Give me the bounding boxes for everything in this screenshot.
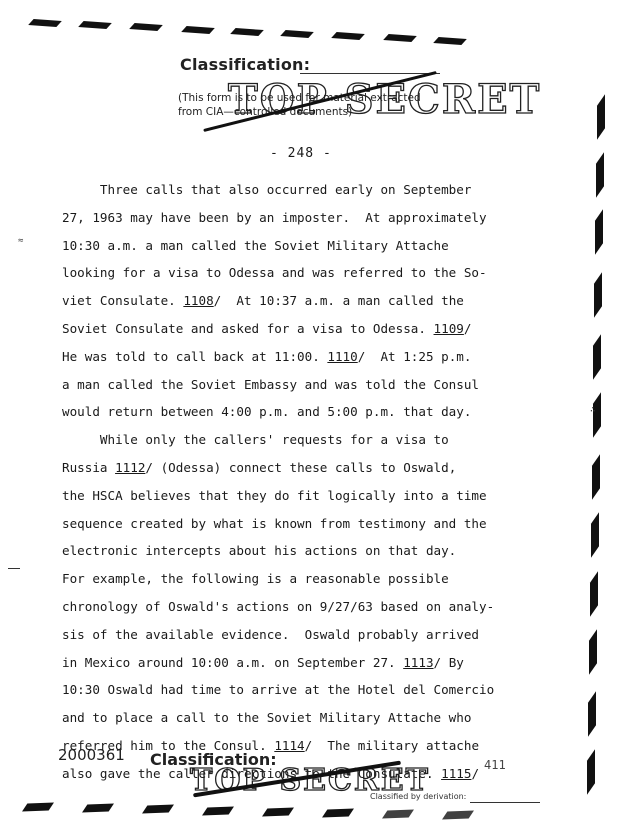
border-stripe bbox=[28, 19, 62, 27]
text-line: a man called the Soviet Embassy and was … bbox=[62, 371, 522, 399]
header-classification-line bbox=[300, 73, 440, 74]
border-stripe bbox=[593, 334, 601, 379]
border-stripe bbox=[78, 21, 112, 29]
footnote-ref: 1109 bbox=[434, 321, 464, 336]
text-segment: 10:30 Oswald had time to arrive at the H… bbox=[62, 682, 494, 697]
text-line: While only the callers' requests for a v… bbox=[62, 426, 522, 454]
border-stripe bbox=[590, 571, 598, 616]
text-segment: For example, the following is a reasonab… bbox=[62, 571, 449, 586]
border-stripe bbox=[230, 28, 264, 36]
text-segment: and to place a call to the Soviet Milita… bbox=[62, 710, 471, 725]
margin-mark: ≈ bbox=[18, 236, 23, 246]
text-line: referred him to the Consul. 1114/ The mi… bbox=[62, 732, 522, 760]
text-segment: chronology of Oswald's actions on 9/27/6… bbox=[62, 599, 494, 614]
page-number: - 248 - bbox=[270, 146, 332, 161]
footnote-ref: 1114 bbox=[274, 738, 304, 753]
border-stripe bbox=[322, 809, 354, 818]
footnote-ref: 1113 bbox=[403, 655, 433, 670]
text-line: looking for a visa to Odessa and was ref… bbox=[62, 259, 522, 287]
text-line: sis of the available evidence. Oswald pr… bbox=[62, 621, 522, 649]
classified-by-derivation-line bbox=[470, 802, 540, 803]
text-segment: electronic intercepts about his actions … bbox=[62, 543, 456, 558]
border-stripe bbox=[588, 691, 596, 736]
border-stripe bbox=[587, 749, 595, 794]
text-segment: Three calls that also occurred early on … bbox=[62, 182, 471, 197]
border-stripe bbox=[597, 94, 605, 139]
text-segment: would return between 4:00 p.m. and 5:00 … bbox=[62, 404, 471, 419]
text-segment: sequence created by what is known from t… bbox=[62, 516, 487, 531]
text-line: in Mexico around 10:00 a.m. on September… bbox=[62, 649, 522, 677]
text-line: 10:30 a.m. a man called the Soviet Milit… bbox=[62, 232, 522, 260]
border-stripe bbox=[142, 805, 174, 814]
text-segment: 27, 1963 may have been by an imposter. A… bbox=[62, 210, 487, 225]
text-line: 10:30 Oswald had time to arrive at the H… bbox=[62, 676, 522, 704]
border-stripe bbox=[331, 32, 365, 40]
text-line: Three calls that also occurred early on … bbox=[62, 176, 522, 204]
text-segment: Russia bbox=[62, 460, 115, 475]
footnote-ref: 1108 bbox=[183, 293, 213, 308]
margin-mark bbox=[8, 568, 20, 569]
document-page: Classification: (This form is to be used… bbox=[0, 0, 638, 824]
border-stripe bbox=[591, 512, 599, 557]
text-segment: / The military attache bbox=[305, 738, 479, 753]
border-stripe bbox=[596, 152, 604, 197]
text-line: the HSCA believes that they do fit logic… bbox=[62, 482, 522, 510]
text-segment: viet Consulate. bbox=[62, 293, 183, 308]
border-stripe bbox=[382, 810, 414, 819]
text-line: chronology of Oswald's actions on 9/27/6… bbox=[62, 593, 522, 621]
border-stripe bbox=[595, 209, 603, 254]
text-segment: a man called the Soviet Embassy and was … bbox=[62, 377, 479, 392]
text-segment: the HSCA believes that they do fit logic… bbox=[62, 488, 487, 503]
classified-by-derivation-label: Classified by derivation: bbox=[370, 792, 466, 801]
margin-mark: ∴ bbox=[590, 405, 595, 415]
border-stripe bbox=[589, 629, 597, 674]
border-stripe bbox=[383, 34, 417, 42]
text-line: 27, 1963 may have been by an imposter. A… bbox=[62, 204, 522, 232]
text-line: Russia 1112/ (Odessa) connect these call… bbox=[62, 454, 522, 482]
text-segment: 10:30 a.m. a man called the Soviet Milit… bbox=[62, 238, 449, 253]
text-segment: in Mexico around 10:00 a.m. on September… bbox=[62, 655, 403, 670]
text-line: electronic intercepts about his actions … bbox=[62, 537, 522, 565]
border-stripe bbox=[433, 37, 467, 45]
text-segment: Soviet Consulate and asked for a visa to… bbox=[62, 321, 434, 336]
text-segment: He was told to call back at 11:00. bbox=[62, 349, 327, 364]
text-segment: / At 1:25 p.m. bbox=[358, 349, 472, 364]
border-stripe bbox=[442, 811, 474, 820]
footnote-ref: 1112 bbox=[115, 460, 145, 475]
text-line: Soviet Consulate and asked for a visa to… bbox=[62, 315, 522, 343]
border-stripe bbox=[181, 26, 215, 34]
text-segment: / At 10:37 a.m. a man called the bbox=[214, 293, 464, 308]
footnote-ref: 1110 bbox=[327, 349, 357, 364]
text-line: and to place a call to the Soviet Milita… bbox=[62, 704, 522, 732]
text-segment: / bbox=[464, 321, 472, 336]
border-stripe bbox=[280, 30, 314, 38]
border-stripe bbox=[202, 806, 234, 815]
header-classification-label: Classification: bbox=[180, 55, 310, 74]
text-segment: / By bbox=[434, 655, 464, 670]
text-line: viet Consulate. 1108/ At 10:37 a.m. a ma… bbox=[62, 287, 522, 315]
text-segment: sis of the available evidence. Oswald pr… bbox=[62, 627, 479, 642]
text-segment: looking for a visa to Odessa and was ref… bbox=[62, 265, 487, 280]
border-stripe bbox=[82, 804, 114, 813]
border-stripe bbox=[262, 807, 294, 816]
border-stripe bbox=[594, 272, 602, 317]
text-segment: / bbox=[471, 766, 479, 781]
body-text: Three calls that also occurred early on … bbox=[62, 176, 522, 788]
footnote-ref: 1115 bbox=[441, 766, 471, 781]
text-line: sequence created by what is known from t… bbox=[62, 510, 522, 538]
document-number: 2000361 bbox=[58, 746, 125, 764]
page-reference: 411 bbox=[484, 758, 506, 772]
border-stripe bbox=[129, 23, 163, 31]
text-line: would return between 4:00 p.m. and 5:00 … bbox=[62, 398, 522, 426]
border-stripe bbox=[593, 392, 601, 437]
text-segment: While only the callers' requests for a v… bbox=[62, 432, 449, 447]
text-line: For example, the following is a reasonab… bbox=[62, 565, 522, 593]
text-segment: / (Odessa) connect these calls to Oswald… bbox=[145, 460, 456, 475]
border-stripe bbox=[22, 803, 54, 812]
border-stripe bbox=[592, 454, 600, 499]
text-line: He was told to call back at 11:00. 1110/… bbox=[62, 343, 522, 371]
